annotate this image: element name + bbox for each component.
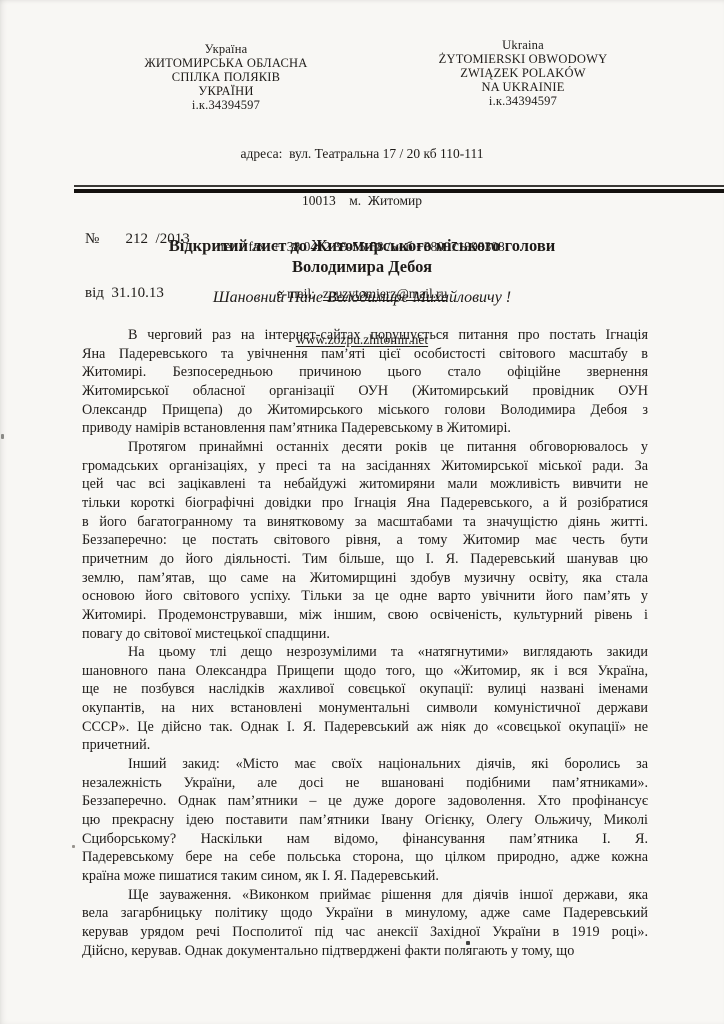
body-line: Житомирської обласної організації ОУН (Ж… bbox=[82, 382, 648, 401]
body-line: цей час всі зацікавлені та небайдужі жит… bbox=[82, 475, 648, 494]
org-pl-name-line: NA UKRAINIE bbox=[373, 80, 673, 94]
org-block-polish: Ukraina ŻYTOMIERSKI OBWODOWY ZWIĄZEK POL… bbox=[373, 38, 673, 108]
org-ua-name-line: СПІЛКА ПОЛЯКІВ bbox=[76, 70, 376, 84]
letter-body: В черговий раз на інтернет-сайтах порушу… bbox=[82, 326, 648, 960]
org-ua-name-line: ЖИТОМИРСЬКА ОБЛАСНА bbox=[76, 56, 376, 70]
body-line: На цьому тлі дещо незрозумілими та «натя… bbox=[82, 643, 648, 662]
body-line: В черговий раз на інтернет-сайтах порушу… bbox=[82, 326, 648, 345]
body-line: СССР». Це дійсно так. Однак І. Я. Падере… bbox=[82, 718, 648, 737]
body-line: Інший закид: «Місто має своїх національн… bbox=[82, 755, 648, 774]
body-paragraph: На цьому тлі дещо незрозумілими та «натя… bbox=[82, 643, 648, 755]
body-line: Житомирі. Безпосередньою причиною цього … bbox=[82, 363, 648, 382]
body-line: окупантів, на них встановлені монументал… bbox=[82, 699, 648, 718]
body-line: Беззаперечно. Однак пам’ятники – це дуже… bbox=[82, 792, 648, 811]
org-block-ukrainian: Україна ЖИТОМИРСЬКА ОБЛАСНА СПІЛКА ПОЛЯК… bbox=[76, 42, 376, 112]
body-paragraph: Протягом принаймні останніх десяти років… bbox=[82, 438, 648, 643]
body-line: цю прекрасну ідею поставити пам’ятники І… bbox=[82, 811, 648, 830]
body-line: керував урядом речі Посполитої під час а… bbox=[82, 923, 648, 942]
body-line: землю, пам’ятав, що саме на Житомирщині … bbox=[82, 569, 648, 588]
address-line: адреса: вул. Театральна 17 / 20 кб 110-1… bbox=[0, 146, 724, 162]
body-line: Олександр Прищепа) до Житомирського місь… bbox=[82, 401, 648, 420]
salutation: Шановний Пане Володимире Михайловичу ! bbox=[0, 289, 724, 307]
org-ua-country: Україна bbox=[76, 42, 376, 56]
org-pl-country: Ukraina bbox=[373, 38, 673, 52]
body-line: Ще зауваження. «Виконком приймає рішення… bbox=[82, 886, 648, 905]
body-line: Дійсно, керував. Однак документально під… bbox=[82, 942, 648, 961]
body-line: причетним до його діяльності. Тим більше… bbox=[82, 550, 648, 569]
letter-title-line2: Володимира Дебоя bbox=[292, 257, 432, 276]
body-line: Житомирі. Продемонструвавши, між іншим, … bbox=[82, 606, 648, 625]
letter-title: Відкритий лист до Житомирського міського… bbox=[0, 236, 724, 277]
body-line: приводу намірів встановлення пам’ятника … bbox=[82, 419, 648, 438]
org-pl-name-line: ŻYTOMIERSKI OBWODOWY bbox=[373, 52, 673, 66]
body-line: Падеревському бере на себе польська стор… bbox=[82, 848, 648, 867]
scan-artifact bbox=[1, 434, 4, 439]
org-pl-id-code: і.к.34394597 bbox=[373, 94, 673, 108]
body-line: вела загарбницьку політику щодо України … bbox=[82, 904, 648, 923]
org-ua-id-code: і.к.34394597 bbox=[76, 98, 376, 112]
org-pl-name-line: ZWIĄZEK POLAKÓW bbox=[373, 66, 673, 80]
body-line: повагу до світової мистецької спадщини. bbox=[82, 625, 648, 644]
body-line: Протягом принаймні останніх десяти років… bbox=[82, 438, 648, 457]
body-paragraph: Ще зауваження. «Виконком приймає рішення… bbox=[82, 886, 648, 961]
body-line: причетний. bbox=[82, 736, 648, 755]
body-line: тільки короткі біографічні довідки про І… bbox=[82, 494, 648, 513]
header-divider bbox=[74, 185, 724, 193]
body-paragraph: В черговий раз на інтернет-сайтах порушу… bbox=[82, 326, 648, 438]
body-line: ще не позбувся наслідків жахливої совєць… bbox=[82, 680, 648, 699]
body-line: громадських організаціях, у пресі та на … bbox=[82, 457, 648, 476]
org-ua-name-line: УКРАЇНИ bbox=[76, 84, 376, 98]
scanned-letter-page: Україна ЖИТОМИРСЬКА ОБЛАСНА СПІЛКА ПОЛЯК… bbox=[0, 0, 724, 1024]
body-line: Яна Падеревського та увічнення пам’яті ц… bbox=[82, 345, 648, 364]
scan-artifact bbox=[72, 845, 75, 848]
body-line: Сциборському? Наскільки нам відомо, фіна… bbox=[82, 830, 648, 849]
body-line: шановного пана Олександра Прищепи щодо т… bbox=[82, 662, 648, 681]
letter-title-line1: Відкритий лист до Житомирського міського… bbox=[169, 236, 556, 255]
divider-thick-line bbox=[74, 189, 724, 193]
body-line: в його багатогранному та винятковому за … bbox=[82, 513, 648, 532]
body-line: основою його світового успіху. Тільки за… bbox=[82, 587, 648, 606]
scan-artifact bbox=[466, 941, 470, 945]
body-line: незалежність України, але досі не вшанов… bbox=[82, 774, 648, 793]
body-line: країна може пишатися таким сином, як І. … bbox=[82, 867, 648, 886]
body-paragraph: Інший закид: «Місто має своїх національн… bbox=[82, 755, 648, 886]
body-line: Беззаперечно: це постать світового рівня… bbox=[82, 531, 648, 550]
